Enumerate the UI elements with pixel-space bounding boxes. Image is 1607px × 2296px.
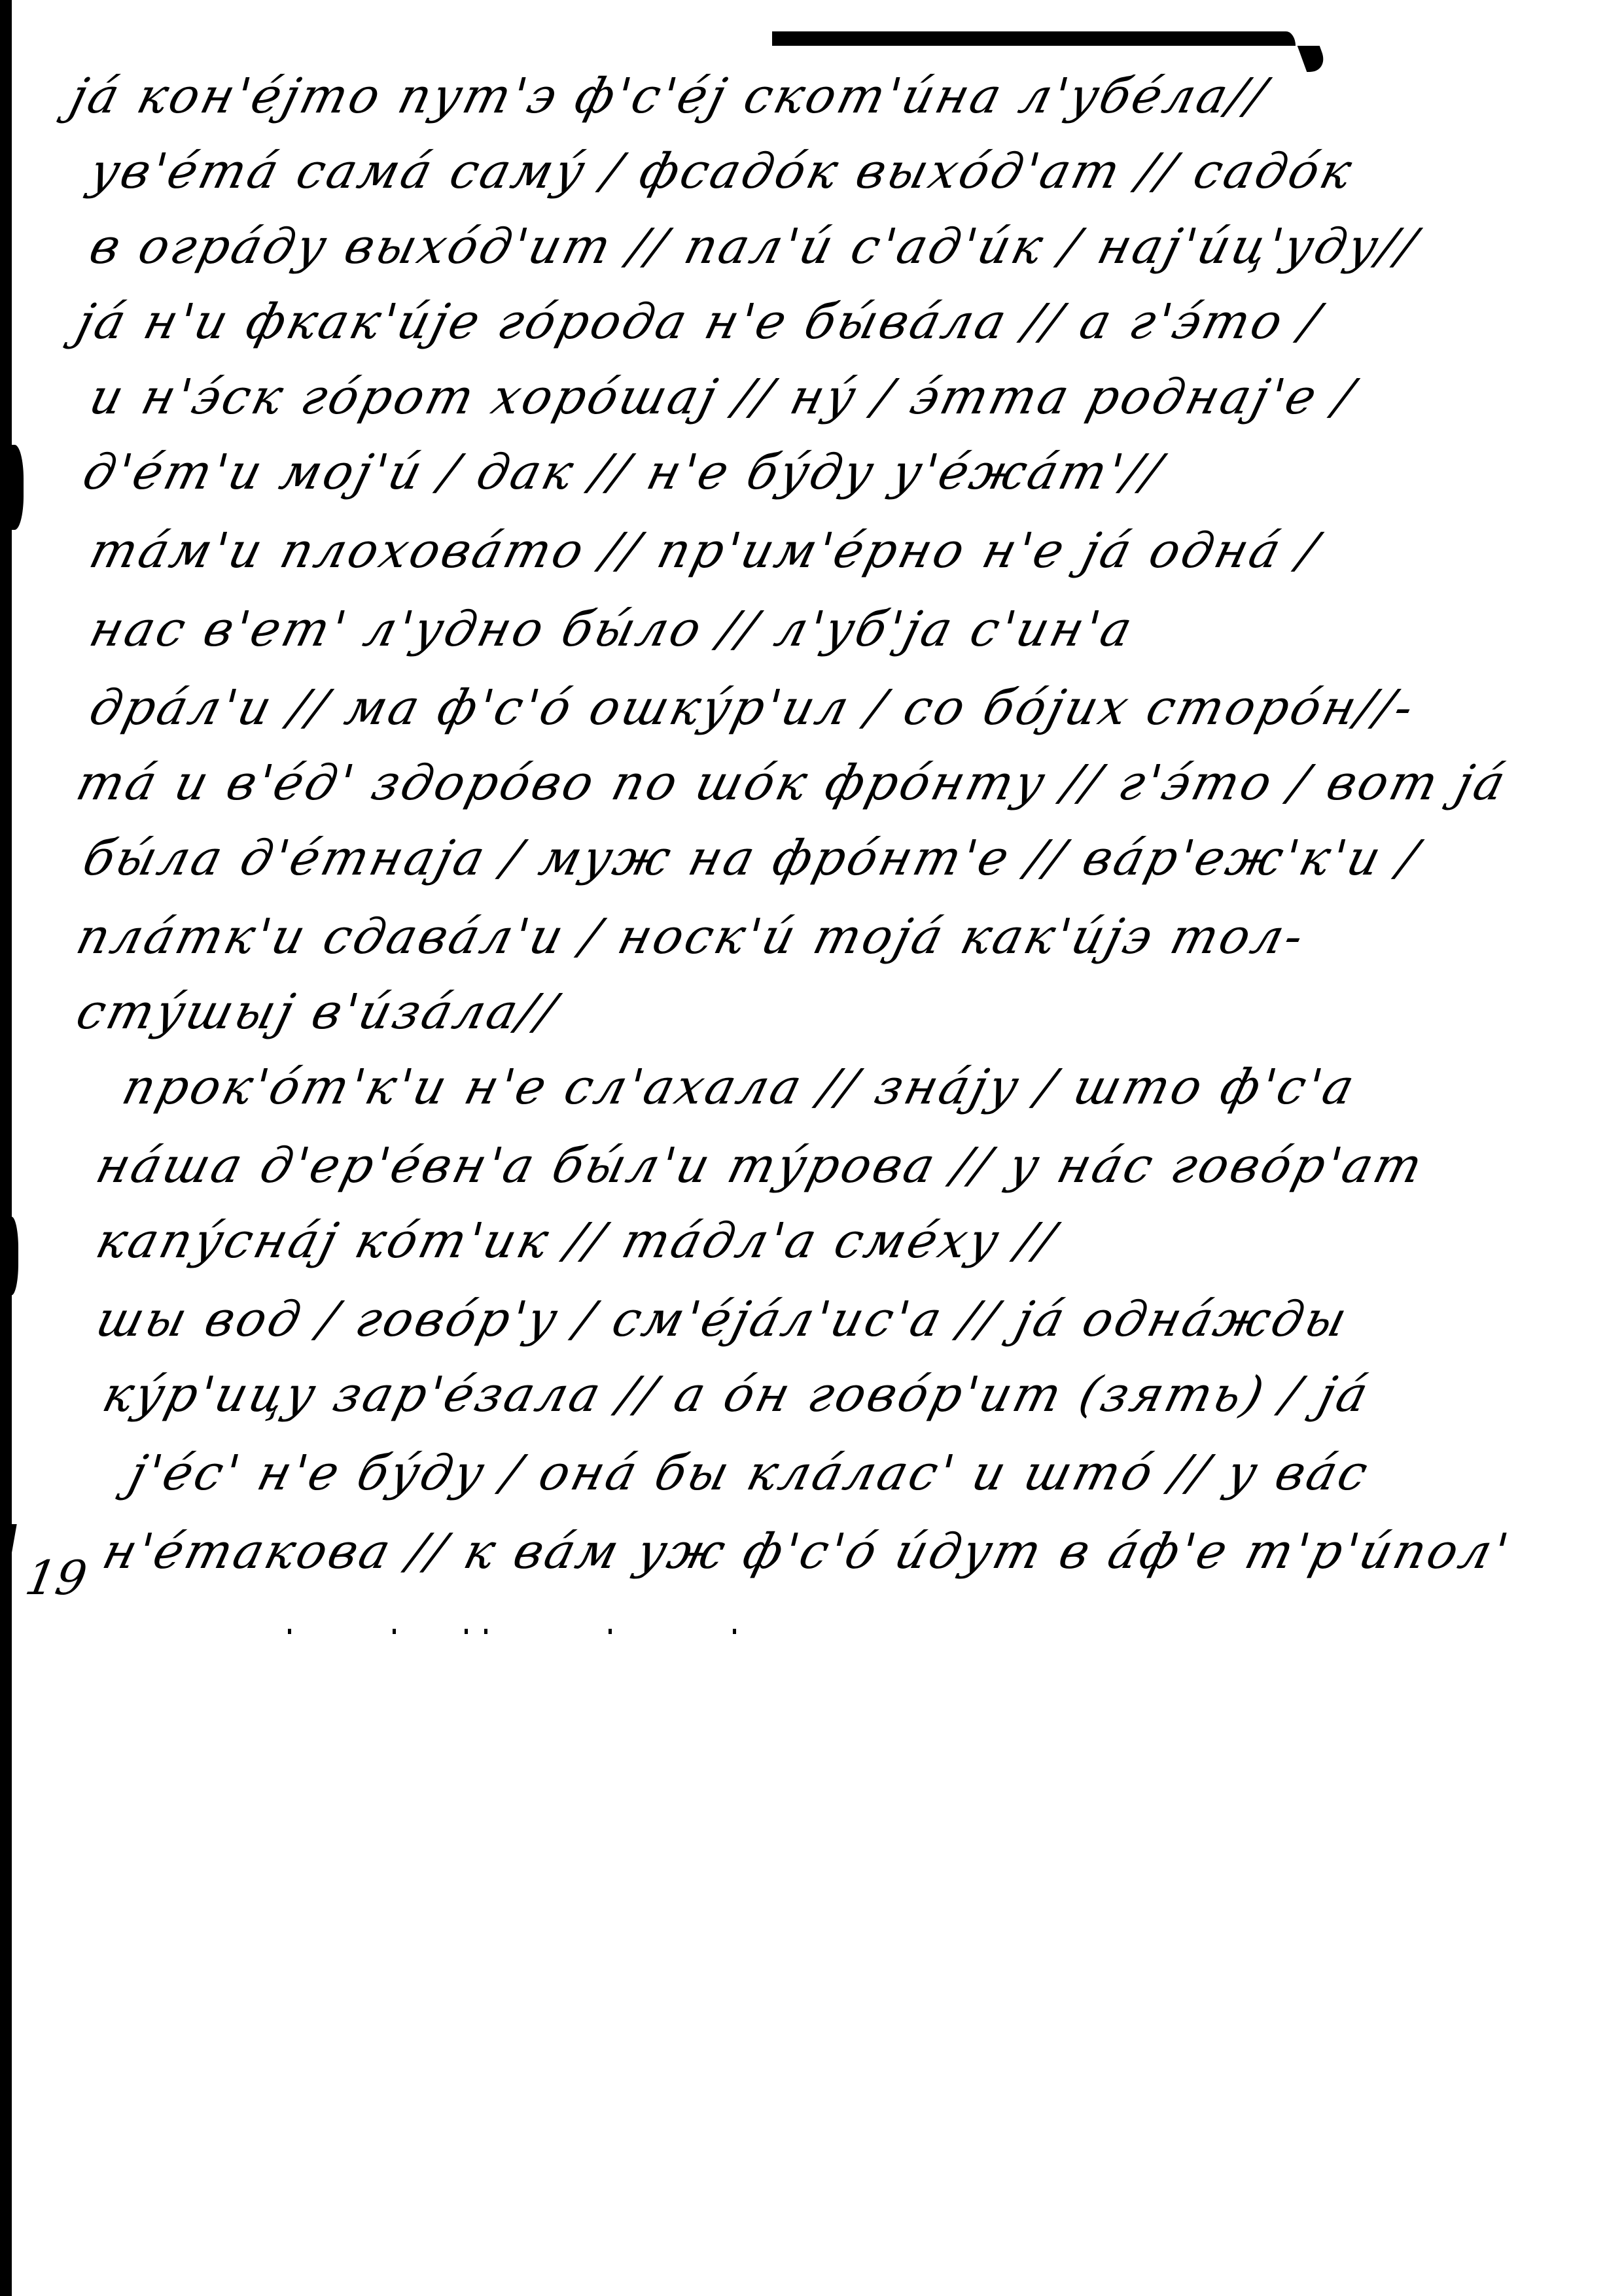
speck [733,1629,736,1634]
handwritten-line: та́м'и плохова́то // пр'им'е́рно н'е ја́… [85,527,1325,575]
speck [288,1629,291,1634]
speck [393,1629,396,1634]
handwritten-line: ку́р'ицу зар'е́зала // а о́н гово́р'ит (… [98,1370,1375,1419]
handwritten-line: ја́ кон'е́јто пут'э ф'с'е́ј скот'и́на л'… [65,72,1273,120]
scan-bottom-specks [288,1629,877,1642]
handwritten-line: н'е́такова // к ва́м уж ф'с'о́ и́дут в а… [98,1527,1515,1576]
handwritten-line: в огра́ду выхо́д'ит // пал'и́ с'ад'и́к /… [85,222,1423,271]
handwritten-line: нас в'ет' л'удно бы́ло // л'уб'ја с'ин'а [85,605,1139,653]
handwritten-line: сту́шыј в'и́за́ла// [72,988,563,1036]
handwritten-line: ја́ н'и фкак'и́је го́рода н'е бы́ва́ла /… [72,298,1327,346]
handwritten-line: д'е́т'и мој'и́ / дак // н'е бу́ду у'е́жа… [79,448,1169,496]
handwritten-line: прок'о́т'к'и н'е сл'ахала // зна́ју / шт… [118,1063,1361,1111]
handwritten-line: дра́л'и // ма ф'с'о́ ошку́р'ил / со бо́ј… [85,684,1421,732]
handwritten-text-block: ја́ кон'е́јто пут'э ф'с'е́ј скот'и́на л'… [0,0,1505,1635]
handwritten-line: бы́ла д'е́тнаја / муж на фро́нт'е // ва́… [79,834,1425,882]
handwritten-line: и н'э́ск го́рот хоро́шај // ну́ / э́тта … [85,373,1360,421]
handwritten-line: шы вод / гово́р'у / см'е́ја́л'ис'а // ја… [92,1295,1354,1344]
handwritten-line: ув'е́та́ сама́ саму́ / фсадо́к выхо́д'ат… [85,147,1359,196]
handwritten-line: на́ша д'ер'е́вн'а бы́л'и ту́рова // у на… [92,1141,1429,1190]
handwritten-line: ј'е́с' н'е бу́ду / она́ бы кла́лас' и шт… [124,1449,1375,1497]
handwritten-line: капу́сна́ј ко́т'ик // та́дл'а сме́ху // [92,1217,1062,1265]
speck [465,1629,468,1634]
handwritten-line: та́ и в'е́д' здоро́во по шо́к фро́нту //… [72,759,1512,807]
speck [484,1629,487,1634]
speck [609,1629,612,1634]
page-number: 19 [22,1550,91,1605]
handwritten-line: пла́тк'и сдава́л'и / носк'и́ тоја́ как'и… [72,913,1311,961]
